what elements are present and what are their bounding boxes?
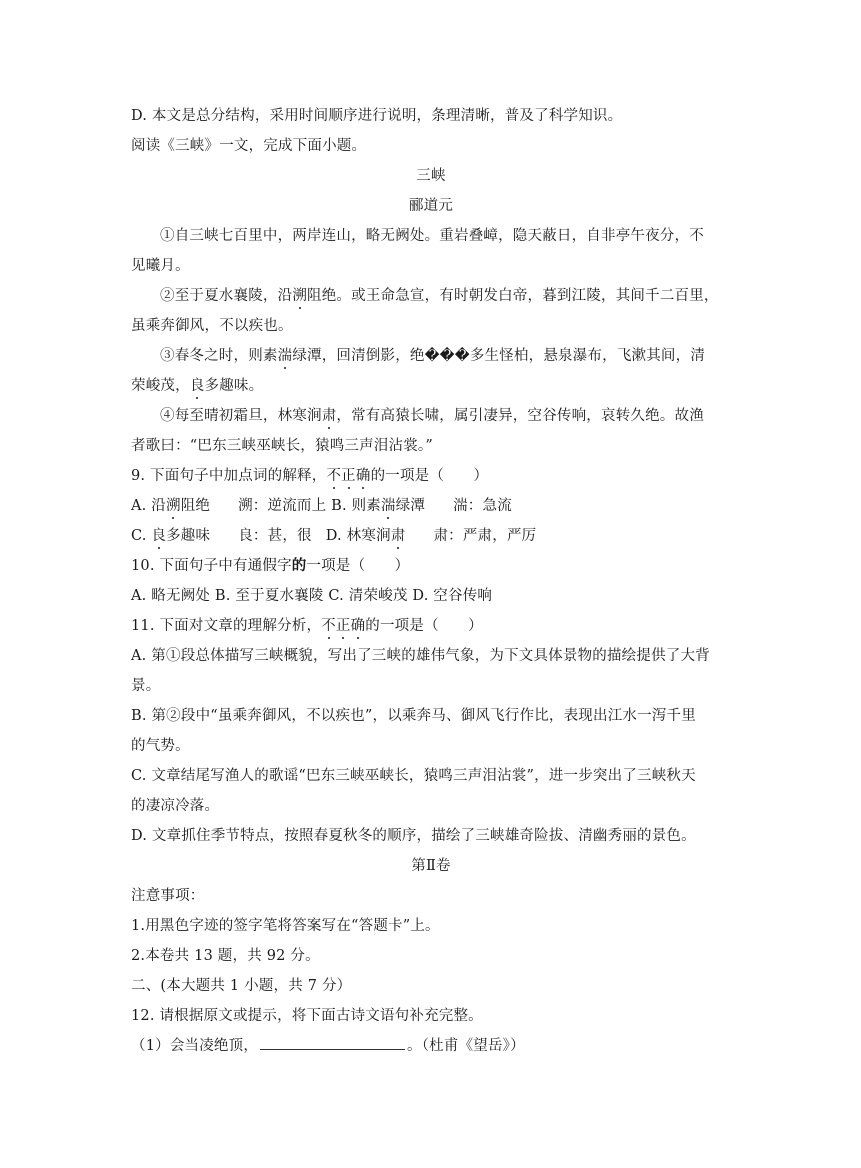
option-b-explanation: 湍：急流 (453, 498, 512, 514)
question-9-options-ab: A. 沿溯阻绝溯：逆流而上 B. 则素湍绿潭湍：急流 (131, 491, 731, 521)
text-span: 10. 下面句子中有通假字 (131, 558, 292, 574)
option-c-explanation: 良：甚，很 (238, 528, 312, 544)
question-9-options-cd: C. 良多趣味良：甚，很D. 林寒涧肃肃：严肃，严厉 (131, 521, 731, 551)
notice-heading: 注意事项： (131, 881, 731, 911)
paragraph-1-line-1: ①自三峡七百里中，两岸连山，略无阙处。重岩叠嶂，隐天蔽日，自非亭午夜分，不 (131, 221, 731, 251)
answer-blank[interactable] (260, 1031, 405, 1050)
text-span: 一项是（ ） (306, 558, 409, 574)
reading-intro: 阅读《三峡》一文，完成下面小题。 (131, 131, 731, 161)
emphasized-char: 不 (326, 461, 341, 491)
text-span: ②至于夏水襄陵，沿 (160, 288, 292, 304)
notice-item-1: 1.用黑色字迹的签字笔将答案写在“答题卡”上。 (131, 911, 731, 941)
volume-2-title: 第Ⅱ卷 (131, 851, 731, 881)
text-span: （1）会当凌绝顶， (131, 1038, 258, 1054)
question-11-option-a-line-2: 景。 (131, 671, 731, 701)
emphasized-char: 溯 (166, 491, 181, 521)
text-span: 阻绝 (181, 498, 210, 514)
question-11-option-a-line-1: A. 第①段总体描写三峡概貌，写出了三峡的雄伟气象，为下文具体景物的描绘提供了大… (131, 641, 731, 671)
emphasized-char: 湍 (278, 341, 293, 371)
text-span: 9. 下面句子中加点词的解释， (131, 468, 326, 484)
text-span: 荣峻茂， (131, 378, 190, 394)
text-span: 的一项是（ ） (365, 618, 483, 634)
bold-char: 的 (292, 557, 307, 574)
emphasized-char: 不 (321, 611, 336, 641)
emphasized-char: 溯 (292, 281, 307, 311)
question-9-stem: 9. 下面句子中加点词的解释，不正确的一项是（ ） (131, 461, 731, 491)
emphasized-char: 确 (356, 461, 371, 491)
text-span: 阻绝。或王命急宣，有时朝发白帝，暮到江陵，其间千二百里， (307, 288, 719, 304)
emphasized-char: 正 (336, 611, 351, 641)
question-11-option-b-line-1: B. 第②段中“虽乘奔御风，不以疾也”，以乘奔马、御风飞行作比，表现出江水一泻千… (131, 701, 731, 731)
question-11-option-c-line-1: C. 文章结尾写渔人的歌谣“巴东三峡巫峡长，猿鸣三声泪沾裳”，进一步突出了三峡秋… (131, 761, 731, 791)
emphasized-char: 湍 (381, 491, 396, 521)
question-11-option-d-line-1: D. 文章抓住季节特点，按照春夏秋冬的顺序，描绘了三峡雄奇险拔、清幽秀丽的景色。 (131, 821, 731, 851)
emphasized-char: 肃 (322, 401, 337, 431)
text-span: 绿潭，回清倒影，绝���多生怪柏，悬泉瀑布，飞漱其间，清 (292, 348, 705, 364)
passage-author: 郦道元 (131, 191, 731, 221)
text-span: ④每至晴初霜旦，林寒涧 (160, 408, 322, 424)
question-11-option-b-line-2: 的气势。 (131, 731, 731, 761)
question-10-options: A. 略无阙处 B. 至于夏水襄陵 C. 清荣峻茂 D. 空谷传响 (131, 581, 731, 611)
question-12-stem: 12. 请根据原文或提示，将下面古诗文语句补充完整。 (131, 1001, 731, 1031)
paragraph-3-line-2: 荣峻茂，良多趣味。 (131, 371, 731, 401)
option-a-label: A. 沿 (131, 498, 166, 514)
section-2-heading: 二、(本大题共 1 小题，共 7 分） (131, 971, 731, 1001)
emphasized-char: 正 (341, 461, 356, 491)
paragraph-1-line-2: 见曦月。 (131, 251, 731, 281)
paragraph-4-line-2: 者歌曰：“巴东三峡巫峡长，猿鸣三声泪沾裳。” (131, 431, 731, 461)
option-a-explanation: 溯：逆流而上 (238, 498, 326, 514)
text-span: ，常有高猿长啸，属引凄异，空谷传响，哀转久绝。故渔 (336, 408, 704, 424)
notice-item-2: 2.本卷共 13 题，共 92 分。 (131, 941, 731, 971)
text-span: 多趣味。 (205, 378, 264, 394)
emphasized-char: 良 (190, 371, 205, 401)
emphasized-char: 良 (151, 521, 166, 551)
emphasized-char: 确 (351, 611, 366, 641)
option-d-explanation: 肃：严肃，严厉 (433, 528, 536, 544)
paragraph-2-line-2: 虽乘奔御风，不以疾也。 (131, 311, 731, 341)
option-b-label: B. 则素 (331, 498, 381, 514)
option-d-label: D. 林寒涧 (326, 528, 391, 544)
question-12-item-1: （1）会当凌绝顶，。（杜甫《望岳》） (131, 1031, 731, 1061)
text-span: 绿潭 (396, 498, 425, 514)
emphasized-char: 肃 (391, 521, 406, 551)
paragraph-4-line-1: ④每至晴初霜旦，林寒涧肃，常有高猿长啸，属引凄异，空谷传响，哀转久绝。故渔 (131, 401, 731, 431)
text-span: 多趣味 (166, 528, 210, 544)
text-span: 11. 下面对文章的理解分析， (131, 618, 321, 634)
passage-title: 三峡 (131, 161, 731, 191)
paragraph-3-line-1: ③春冬之时，则素湍绿潭，回清倒影，绝���多生怪柏，悬泉瀑布，飞漱其间，清 (131, 341, 731, 371)
text-span: 的一项是（ ） (371, 468, 489, 484)
question-11-stem: 11. 下面对文章的理解分析，不正确的一项是（ ） (131, 611, 731, 641)
question-10-stem: 10. 下面句子中有通假字的一项是（ ） (131, 551, 731, 581)
option-c-label: C. (131, 528, 151, 544)
prev-option-d: D. 本文是总分结构，采用时间顺序进行说明，条理清晰，普及了科学知识。 (131, 101, 731, 131)
document-page: D. 本文是总分结构，采用时间顺序进行说明，条理清晰，普及了科学知识。 阅读《三… (131, 101, 731, 1061)
text-span: ③春冬之时，则素 (160, 348, 278, 364)
paragraph-2-line-1: ②至于夏水襄陵，沿溯阻绝。或王命急宣，有时朝发白帝，暮到江陵，其间千二百里， (131, 281, 731, 311)
text-span: 。（杜甫《望岳》） (407, 1038, 525, 1054)
question-11-option-c-line-2: 的凄凉冷落。 (131, 791, 731, 821)
